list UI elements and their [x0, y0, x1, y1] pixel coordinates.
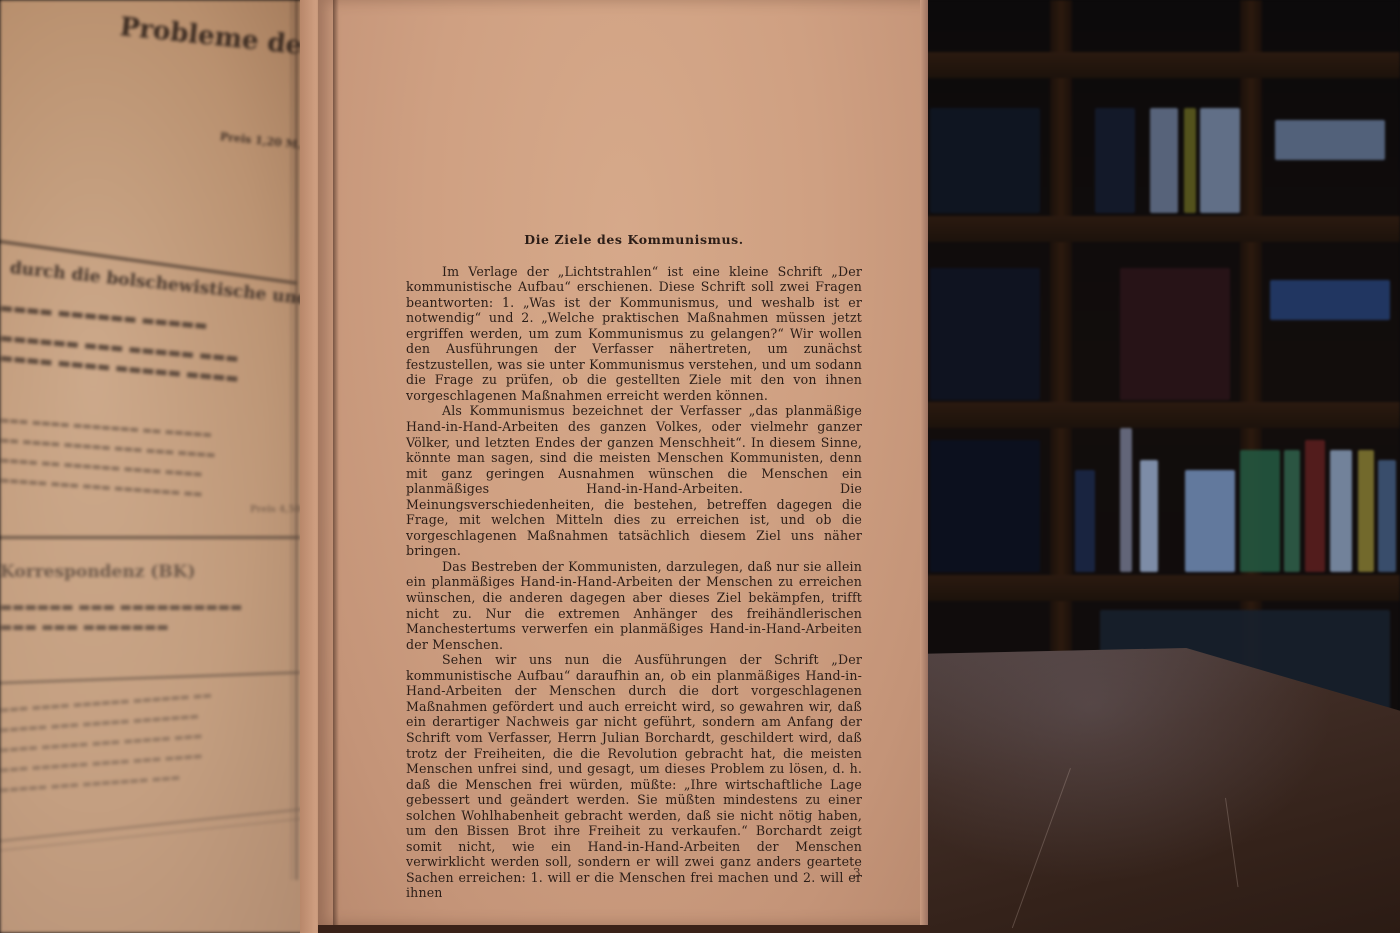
book-spine [1240, 450, 1280, 572]
book-spine [1358, 450, 1374, 572]
page-glare [0, 0, 312, 933]
book-spines [930, 440, 1040, 572]
book-spine [1270, 280, 1390, 320]
photo-scene: Probleme der Zeit. Preis 1,20 M. durch d… [0, 0, 1400, 933]
book-spine [1075, 470, 1095, 572]
book-spine [1184, 108, 1196, 213]
book-spine [1150, 108, 1178, 213]
book-spine [1275, 120, 1385, 160]
page-edge [920, 0, 928, 930]
shelf-board [900, 575, 1400, 601]
book-spine [1185, 470, 1235, 572]
book-spine [1095, 108, 1135, 213]
page-content: Die Ziele des Kommunismus. Im Verlage de… [406, 232, 862, 901]
table-scratch [1225, 798, 1239, 887]
book-spines [930, 108, 1040, 213]
gutter-shadow [333, 0, 339, 933]
paragraph: Das Bestreben der Kommunisten, darzulege… [406, 559, 862, 652]
page-bottom-shadow [318, 925, 930, 933]
shelf-board [900, 216, 1400, 242]
book-spines [930, 268, 1040, 400]
book-spine [1378, 460, 1396, 572]
book-spine [1305, 440, 1325, 572]
shelf-board [900, 52, 1400, 78]
book-spine [1140, 460, 1158, 572]
book-spine [1120, 268, 1230, 400]
book-spine [1200, 108, 1240, 213]
book-spine [1120, 428, 1132, 572]
table-scratch [1012, 768, 1071, 928]
book-spine [1330, 450, 1352, 572]
chapter-title: Die Ziele des Kommunismus. [406, 232, 862, 248]
paragraph: Sehen wir uns nun die Ausführungen der S… [406, 652, 862, 901]
book-spine [1284, 450, 1300, 572]
paragraph: Im Verlage der „Lichtstrahlen“ ist eine … [406, 264, 862, 404]
left-page: Probleme der Zeit. Preis 1,20 M. durch d… [0, 0, 312, 933]
page-number: 3 [853, 866, 861, 880]
paragraph: Als Kommunismus bezeichnet der Verfasser… [406, 403, 862, 558]
shelf-board [900, 402, 1400, 428]
wooden-table [925, 648, 1400, 933]
